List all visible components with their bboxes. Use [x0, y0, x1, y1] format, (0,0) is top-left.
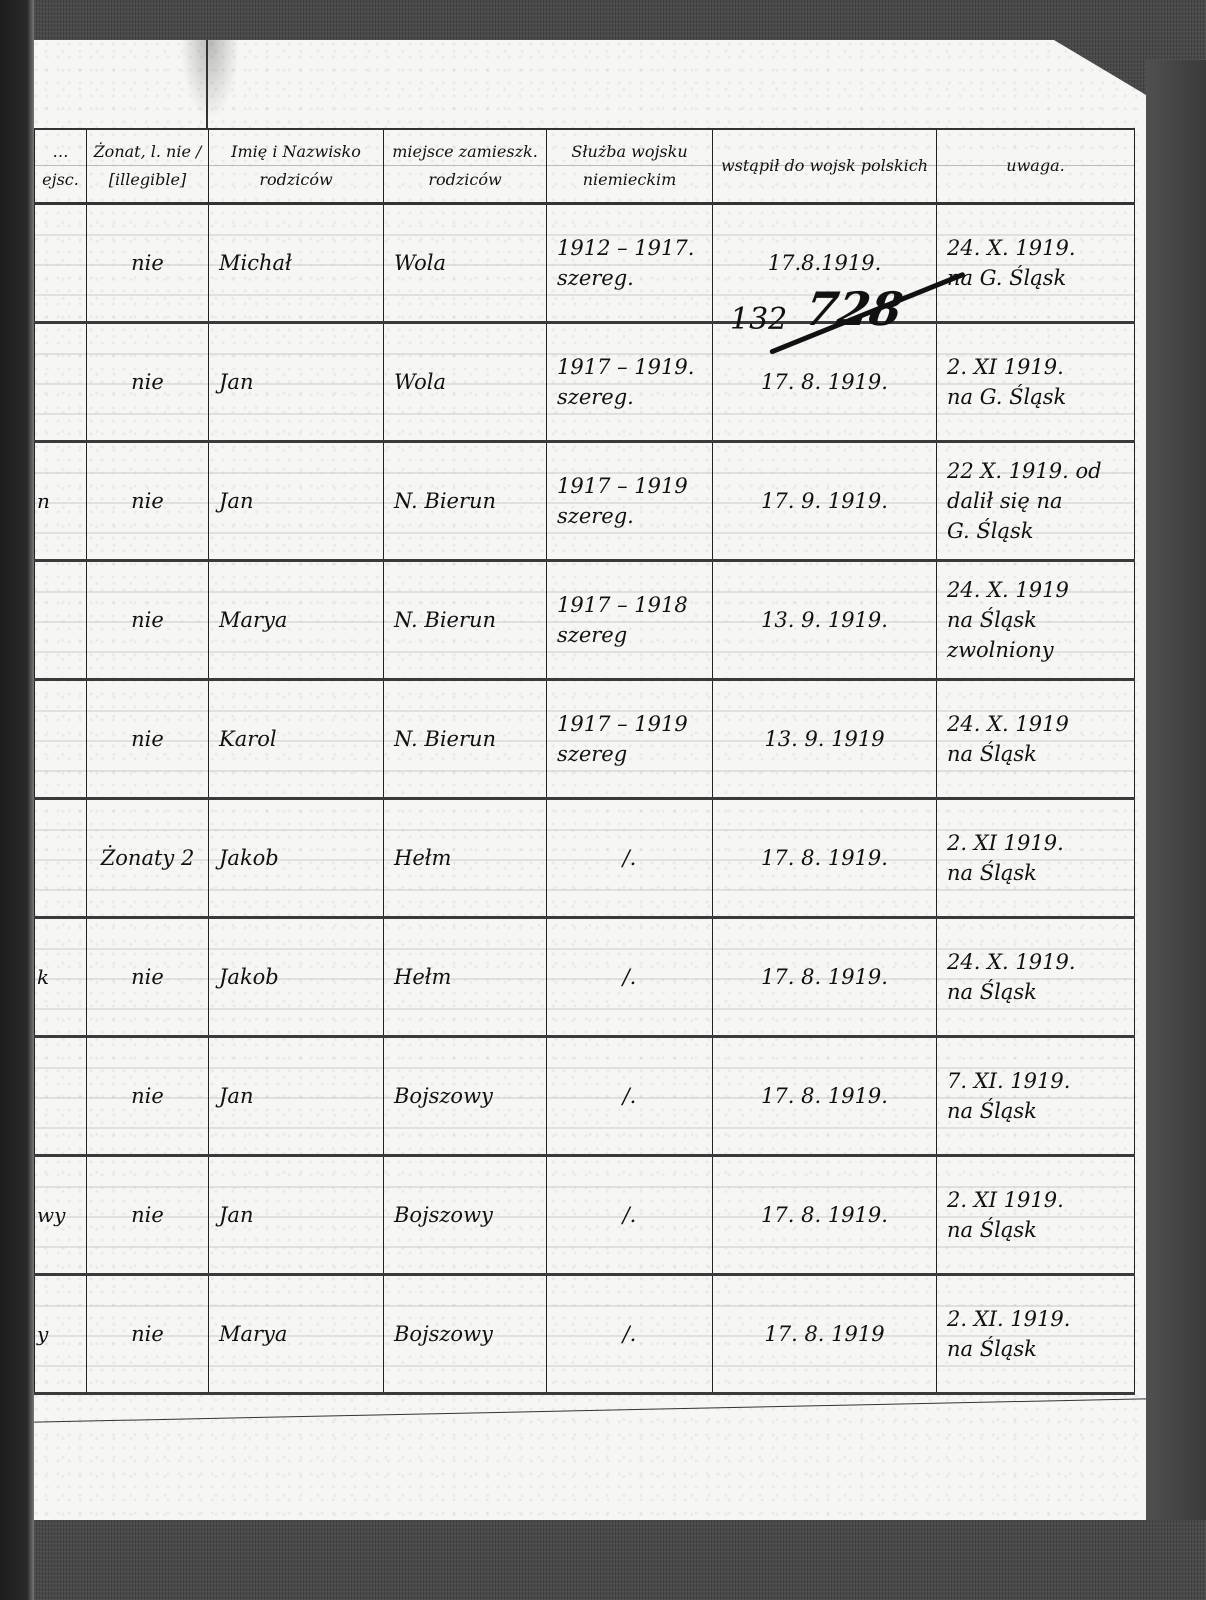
remark-line-2: dalił się na	[937, 486, 1134, 516]
table-row: nie Michał Wola 1912 – 1917. szereg. 17.…	[35, 204, 1135, 323]
joined-polish-cell: 13. 9. 1919.	[713, 605, 936, 635]
header-married: Żonat, l. nie / [illegible]	[87, 129, 209, 204]
german-service-rank: szereg.	[547, 501, 712, 531]
register-table: …ejsc. Żonat, l. nie / [illegible] Imię …	[34, 128, 1135, 1395]
parent-residence-cell: Wola	[384, 248, 546, 278]
joined-polish-cell: 17. 9. 1919.	[713, 486, 936, 516]
german-service-years: 1917 – 1919	[547, 471, 712, 501]
annotation-number-large: 728	[801, 282, 907, 336]
german-service-rank: /.	[547, 962, 712, 992]
table-row: wy nie Jan Bojszowy /. 17. 8. 1919. 2. X…	[35, 1156, 1135, 1275]
married-cell: Żonaty 2	[87, 843, 208, 873]
parent-name-cell: Jakob	[209, 843, 383, 873]
married-cell: nie	[87, 1200, 208, 1230]
german-service-rank: /.	[547, 1319, 712, 1349]
table-row: nie Jan Wola 1917 – 1919. szereg. 17. 8.…	[35, 323, 1135, 442]
parent-name-cell: Jan	[209, 1200, 383, 1230]
parent-residence-cell: N. Bierun	[384, 605, 546, 635]
remark-line-1: 2. XI 1919.	[937, 1185, 1134, 1215]
scan-right-edge	[1146, 60, 1206, 1520]
parent-name-cell: Jan	[209, 486, 383, 516]
remark-line-1: 24. X. 1919	[937, 709, 1134, 739]
german-service-rank: /.	[547, 1081, 712, 1111]
remark-line-1: 22 X. 1919. od	[937, 456, 1134, 486]
cut-off-cell: wy	[35, 1200, 86, 1230]
married-cell: nie	[87, 486, 208, 516]
joined-polish-cell: 17. 8. 1919.	[713, 367, 936, 397]
german-service-rank: szereg.	[547, 382, 712, 412]
married-cell: nie	[87, 248, 208, 278]
remark-line-3: G. Śląsk	[937, 516, 1134, 546]
parent-name-cell: Jan	[209, 367, 383, 397]
header-remarks: uwaga.	[937, 129, 1135, 204]
remark-line-2: na G. Śląsk	[937, 382, 1134, 412]
married-cell: nie	[87, 605, 208, 635]
header-parent-name: Imię i Nazwisko rodziców	[209, 129, 384, 204]
joined-polish-cell: 17. 8. 1919.	[713, 1200, 936, 1230]
german-service-rank: /.	[547, 843, 712, 873]
parent-residence-cell: Bojszowy	[384, 1200, 546, 1230]
annotation-number-small: 132	[730, 302, 787, 337]
remark-line-2: na Śląsk	[937, 977, 1134, 1007]
table-row: y nie Marya Bojszowy /. 17. 8. 1919 2. X…	[35, 1275, 1135, 1394]
header-german-service: Służba wojsku niemieckim	[547, 129, 713, 204]
remark-line-2: na Śląsk	[937, 739, 1134, 769]
german-service-rank: szereg	[547, 739, 712, 769]
joined-polish-cell: 17. 8. 1919.	[713, 843, 936, 873]
table-row: k nie Jakob Hełm /. 17. 8. 1919. 24. X. …	[35, 918, 1135, 1037]
page-fold-shade	[180, 40, 240, 120]
german-service-years: 1917 – 1919.	[547, 352, 712, 382]
german-service-rank: szereg	[547, 620, 712, 650]
parent-name-cell: Karol	[209, 724, 383, 754]
married-cell: nie	[87, 367, 208, 397]
table-row: nie Karol N. Bierun 1917 – 1919 szereg 1…	[35, 680, 1135, 799]
table-row: n nie Jan N. Bierun 1917 – 1919 szereg. …	[35, 442, 1135, 561]
parent-residence-cell: Hełm	[384, 843, 546, 873]
header-parent-residence: miejsce zamieszk. rodziców	[384, 129, 547, 204]
page-fold	[206, 40, 208, 130]
table-row: nie Marya N. Bierun 1917 – 1918 szereg 1…	[35, 561, 1135, 680]
joined-polish-cell: 17. 8. 1919.	[713, 1081, 936, 1111]
joined-polish-cell: 13. 9. 1919	[713, 724, 936, 754]
parent-residence-cell: Wola	[384, 367, 546, 397]
married-cell: nie	[87, 724, 208, 754]
german-service-rank: szereg.	[547, 263, 712, 293]
joined-polish-cell: 17. 8. 1919.	[713, 962, 936, 992]
remark-line-1: 2. XI 1919.	[937, 352, 1134, 382]
parent-name-cell: Michał	[209, 248, 383, 278]
remark-line-2: na G. Śląsk	[937, 263, 1134, 293]
remark-line-1: 24. X. 1919	[937, 575, 1134, 605]
table-row: Żonaty 2 Jakob Hełm /. 17. 8. 1919. 2. X…	[35, 799, 1135, 918]
remark-line-2: na Śląsk	[937, 858, 1134, 888]
remark-line-3: zwolniony	[937, 635, 1134, 665]
married-cell: nie	[87, 962, 208, 992]
cut-off-cell: y	[35, 1319, 86, 1349]
german-service-years: 1912 – 1917.	[547, 233, 712, 263]
remark-line-2: na Śląsk	[937, 1096, 1134, 1126]
remark-line-1: 24. X. 1919.	[937, 947, 1134, 977]
header-joined-polish: wstąpił do wojsk polskich	[713, 129, 937, 204]
married-cell: nie	[87, 1081, 208, 1111]
parent-residence-cell: Hełm	[384, 962, 546, 992]
parent-residence-cell: N. Bierun	[384, 724, 546, 754]
remark-line-1: 24. X. 1919.	[937, 233, 1134, 263]
table-row: nie Jan Bojszowy /. 17. 8. 1919. 7. XI. …	[35, 1037, 1135, 1156]
parent-residence-cell: Bojszowy	[384, 1081, 546, 1111]
header-cut-column: …ejsc.	[35, 129, 87, 204]
married-cell: nie	[87, 1319, 208, 1349]
parent-residence-cell: Bojszowy	[384, 1319, 546, 1349]
joined-polish-cell: 17. 8. 1919	[713, 1319, 936, 1349]
remark-line-2: na Śląsk	[937, 605, 1134, 635]
parent-name-cell: Jakob	[209, 962, 383, 992]
german-service-years: 1917 – 1919	[547, 709, 712, 739]
scan-left-shadow	[0, 0, 34, 1600]
parent-name-cell: Jan	[209, 1081, 383, 1111]
remark-line-1: 7. XI. 1919.	[937, 1066, 1134, 1096]
german-service-rank: /.	[547, 1200, 712, 1230]
header-row: …ejsc. Żonat, l. nie / [illegible] Imię …	[35, 129, 1135, 204]
parent-name-cell: Marya	[209, 605, 383, 635]
remark-line-2: na Śląsk	[937, 1215, 1134, 1245]
cut-off-cell: k	[35, 962, 86, 992]
parent-residence-cell: N. Bierun	[384, 486, 546, 516]
cut-off-cell: n	[35, 486, 86, 516]
joined-polish-cell: 17.8.1919.	[713, 248, 936, 278]
remark-line-2: na Śląsk	[937, 1334, 1134, 1364]
remark-line-1: 2. XI. 1919.	[937, 1304, 1134, 1334]
german-service-years: 1917 – 1918	[547, 590, 712, 620]
remark-line-1: 2. XI 1919.	[937, 828, 1134, 858]
parent-name-cell: Marya	[209, 1319, 383, 1349]
